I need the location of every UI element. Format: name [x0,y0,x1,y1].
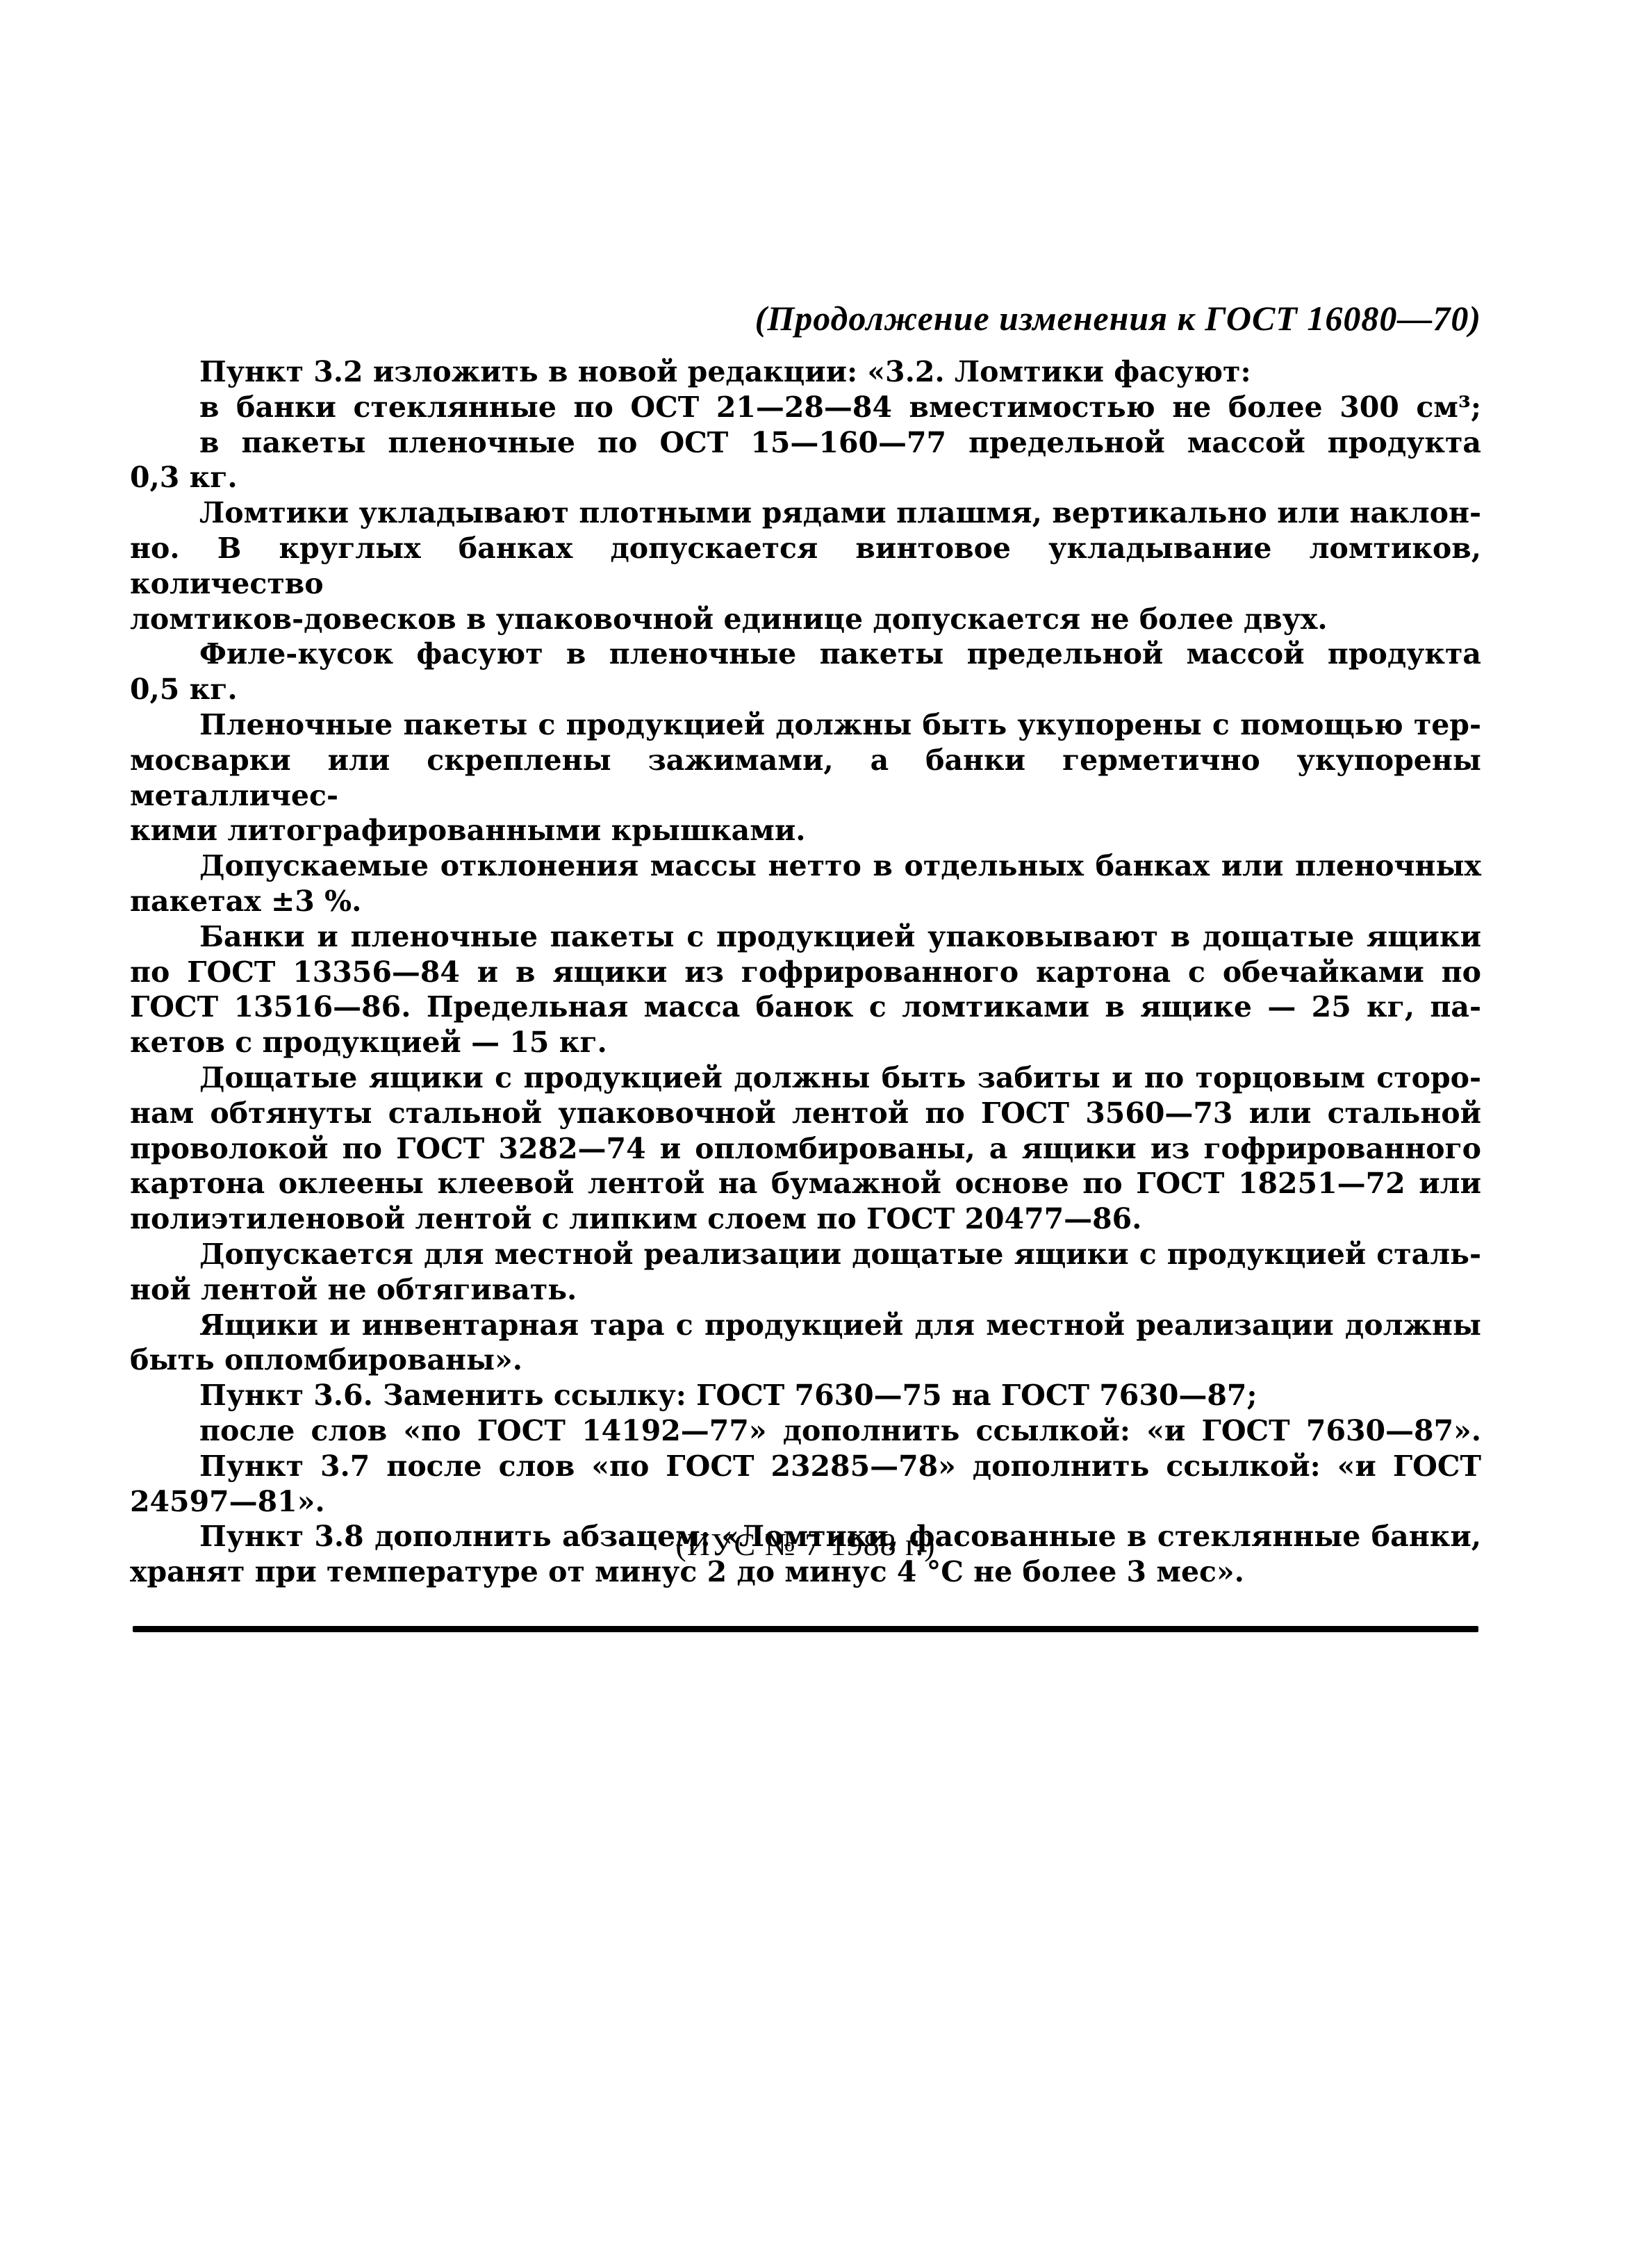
text-line: Филе-кусок фасуют в пленочные пакеты пре… [130,636,1481,672]
continuation-header: (Продолжение изменения к ГОСТ 16080—70) [755,297,1481,339]
amendment-body: Пункт 3.2 изложить в новой редакции: «3.… [130,354,1481,1590]
text-line: но. В круглых банках допускается винтово… [130,531,1481,602]
text-line: Банки и пленочные пакеты с продукцией уп… [130,919,1481,955]
text-line: проволокой по ГОСТ 3282—74 и опломбирова… [130,1131,1481,1167]
text-line: ГОСТ 13516—86. Предельная масса банок с … [130,989,1481,1025]
text-line: кетов с продукцией — 15 кг. [130,1025,1481,1060]
text-line: Допускаемые отклонения массы нетто в отд… [130,848,1481,884]
text-line: Допускается для местной реализации дощат… [130,1237,1481,1272]
text-line: полиэтиленовой лентой с липким слоем по … [130,1201,1481,1237]
text-line: нам обтянуты стальной упаковочной лентой… [130,1096,1481,1131]
text-line: 0,3 кг. [130,460,1481,495]
text-line: в пакеты пленочные по ОСТ 15—160—77 пред… [130,425,1481,461]
ius-source-reference: (ИУС № 7 1988 г.) [130,1525,1481,1564]
horizontal-rule [133,1626,1478,1632]
text-line: пакетах ±3 %. [130,884,1481,919]
text-line: быть опломбированы». [130,1342,1481,1378]
text-line: ломтиков-довесков в упаковочной единице … [130,602,1481,637]
text-line: 24597—81». [130,1484,1481,1520]
text-line: Пункт 3.6. Заменить ссылку: ГОСТ 7630—75… [130,1378,1481,1413]
text-line: мосварки или скреплены зажимами, а банки… [130,743,1481,814]
text-line: 0,5 кг. [130,672,1481,707]
text-line: картона оклеены клеевой лентой на бумажн… [130,1166,1481,1201]
text-line: Пункт 3.7 после слов «по ГОСТ 23285—78» … [130,1449,1481,1484]
text-line: Дощатые ящики с продукцией должны быть з… [130,1060,1481,1096]
text-line: в банки стеклянные по ОСТ 21—28—84 вмест… [130,390,1481,425]
text-line: после слов «по ГОСТ 14192—77» дополнить … [130,1413,1481,1449]
text-line: по ГОСТ 13356—84 и в ящики из гофрирован… [130,955,1481,990]
text-line: Пункт 3.2 изложить в новой редакции: «3.… [130,354,1481,390]
text-line: Пленочные пакеты с продукцией должны быт… [130,707,1481,743]
text-line: ной лентой не обтягивать. [130,1272,1481,1308]
text-line: кими литографированными крышками. [130,813,1481,848]
text-line: Ломтики укладывают плотными рядами плашм… [130,495,1481,531]
text-line: Ящики и инвентарная тара с продукцией дл… [130,1308,1481,1343]
